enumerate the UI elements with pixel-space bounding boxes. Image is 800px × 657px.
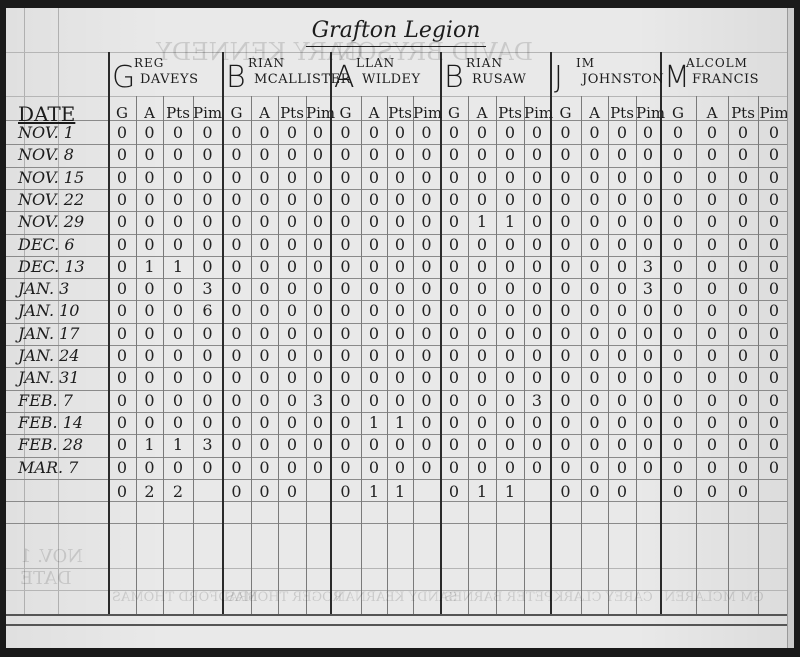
stat-cell: 1 — [163, 256, 193, 278]
stat-cell: 0 — [550, 256, 581, 278]
stat-cell: 0 — [387, 390, 413, 412]
stat-cell: 0 — [496, 323, 524, 345]
total-cell: 1 — [468, 481, 496, 503]
stat-cell: 0 — [468, 457, 496, 479]
stat-cell: 0 — [136, 390, 163, 412]
stat-cell: 0 — [758, 457, 790, 479]
stat-cell: 0 — [222, 234, 251, 256]
stat-cell: 0 — [468, 256, 496, 278]
player-last-name: WILDEY — [362, 72, 421, 87]
stat-cell: 0 — [581, 300, 608, 322]
stat-cell: 0 — [468, 300, 496, 322]
stat-cell: 0 — [330, 390, 361, 412]
page-bottom-edge — [6, 614, 794, 626]
stat-cell: 0 — [728, 234, 758, 256]
stat-cell: 0 — [163, 412, 193, 434]
stat-cell: 0 — [413, 434, 440, 456]
stat-cell: 0 — [660, 345, 696, 367]
stat-cell: 0 — [306, 122, 330, 144]
stat-cell: 1 — [361, 412, 387, 434]
stat-cell: 0 — [728, 256, 758, 278]
stat-cell: 0 — [758, 412, 790, 434]
total-cell — [306, 481, 330, 503]
stat-cell: 0 — [758, 367, 790, 389]
stat-cell: 0 — [136, 367, 163, 389]
stat-cell: 0 — [306, 434, 330, 456]
total-cell: 0 — [440, 481, 468, 503]
stat-cell: 0 — [728, 144, 758, 166]
stat-cell: 0 — [524, 300, 550, 322]
stat-cell: 0 — [163, 278, 193, 300]
stat-cell: 0 — [193, 390, 222, 412]
stat-cell: 0 — [413, 367, 440, 389]
stat-cell: 0 — [524, 144, 550, 166]
stat-cell: 0 — [660, 278, 696, 300]
stat-cell: 0 — [468, 367, 496, 389]
stat-cell: 0 — [581, 189, 608, 211]
total-cell: 0 — [251, 481, 278, 503]
player-first-name: ALCOLM — [686, 56, 748, 70]
stat-cell: 0 — [696, 234, 728, 256]
stat-cell: 0 — [524, 189, 550, 211]
stat-cell: 0 — [758, 300, 790, 322]
stat-cell: 0 — [581, 412, 608, 434]
stat-cell: 0 — [278, 278, 306, 300]
stat-cell: 0 — [108, 167, 136, 189]
game-date: NOV. 22 — [18, 189, 84, 211]
stat-cell: 0 — [387, 211, 413, 233]
stat-cell: 0 — [440, 167, 468, 189]
stat-cell: 0 — [193, 367, 222, 389]
stat-cell: 0 — [163, 122, 193, 144]
stat-cell: 0 — [330, 323, 361, 345]
stat-cell: 0 — [758, 122, 790, 144]
stat-cell: 0 — [306, 457, 330, 479]
stat-cell: 0 — [387, 256, 413, 278]
player-last-name: FRANCIS — [692, 72, 759, 87]
stat-cell: 1 — [136, 434, 163, 456]
stat-cell: 0 — [387, 144, 413, 166]
stat-cell: 0 — [108, 278, 136, 300]
total-cell: 0 — [330, 481, 361, 503]
stat-cell: 0 — [696, 278, 728, 300]
stat-cell: 0 — [524, 278, 550, 300]
stat-cell: 3 — [306, 390, 330, 412]
stat-cell: 0 — [608, 234, 636, 256]
stat-cell: 0 — [550, 345, 581, 367]
stat-cell: 0 — [222, 300, 251, 322]
stat-cell: 0 — [193, 457, 222, 479]
stat-cell: 0 — [251, 211, 278, 233]
stat-cell: 0 — [636, 300, 660, 322]
stat-cell: 0 — [193, 211, 222, 233]
stat-cell: 0 — [222, 189, 251, 211]
stat-cell: 0 — [660, 211, 696, 233]
total-cell — [193, 481, 222, 503]
stat-cell: 0 — [608, 434, 636, 456]
stat-cell: 0 — [251, 189, 278, 211]
stat-cell: 0 — [108, 211, 136, 233]
player-initial: G — [112, 60, 135, 95]
stat-cell: 0 — [361, 256, 387, 278]
stat-cell: 0 — [636, 412, 660, 434]
stat-cell: 0 — [222, 367, 251, 389]
stat-cell: 0 — [222, 434, 251, 456]
stat-cell: 0 — [581, 323, 608, 345]
stat-cell: 0 — [758, 167, 790, 189]
stat-cell: 0 — [330, 345, 361, 367]
stat-cell: 0 — [440, 256, 468, 278]
stat-cell: 0 — [660, 457, 696, 479]
stat-cell: 0 — [163, 189, 193, 211]
stat-cell: 0 — [413, 278, 440, 300]
stat-cell: 1 — [496, 211, 524, 233]
stat-cell: 0 — [608, 323, 636, 345]
stat-cell: 0 — [468, 434, 496, 456]
stat-cell: 0 — [660, 367, 696, 389]
binder-edge — [787, 8, 794, 648]
stat-cell: 0 — [636, 345, 660, 367]
game-date: NOV. 1 — [18, 122, 74, 144]
stat-cell: 0 — [660, 390, 696, 412]
stat-cell: 0 — [496, 367, 524, 389]
stat-cell: 0 — [636, 367, 660, 389]
stat-cell: 0 — [608, 211, 636, 233]
stat-cell: 0 — [440, 367, 468, 389]
stat-cell: 0 — [660, 412, 696, 434]
stat-cell: 0 — [440, 434, 468, 456]
stat-cell: 0 — [222, 167, 251, 189]
stat-cell: 0 — [636, 434, 660, 456]
stat-cell: 0 — [278, 323, 306, 345]
stat-cell: 0 — [330, 367, 361, 389]
stat-cell: 0 — [758, 390, 790, 412]
stat-cell: 0 — [136, 211, 163, 233]
stat-cell: 0 — [608, 167, 636, 189]
stat-cell: 0 — [387, 323, 413, 345]
stat-cell: 0 — [361, 167, 387, 189]
stat-cell: 0 — [728, 390, 758, 412]
stat-cell: 0 — [413, 144, 440, 166]
stat-cell: 0 — [387, 122, 413, 144]
stat-cell: 0 — [330, 211, 361, 233]
stat-cell: 0 — [136, 234, 163, 256]
stat-cell: 0 — [636, 211, 660, 233]
stat-cell: 0 — [696, 457, 728, 479]
stat-cell: 0 — [136, 189, 163, 211]
stat-cell: 0 — [306, 278, 330, 300]
game-date: MAR. 7 — [18, 457, 78, 479]
stat-cell: 0 — [330, 256, 361, 278]
total-cell: 0 — [660, 481, 696, 503]
stat-cell: 0 — [330, 167, 361, 189]
stat-cell: 0 — [608, 144, 636, 166]
stat-cell: 0 — [608, 457, 636, 479]
stat-cell: 0 — [636, 189, 660, 211]
stat-cell: 0 — [163, 457, 193, 479]
stat-cell: 0 — [440, 457, 468, 479]
stat-cell: 0 — [136, 278, 163, 300]
stat-cell: 1 — [468, 211, 496, 233]
stat-cell: 0 — [758, 234, 790, 256]
stat-cell: 0 — [413, 345, 440, 367]
stat-cell: 0 — [278, 234, 306, 256]
stat-cell: 0 — [306, 234, 330, 256]
stat-cell: 0 — [696, 122, 728, 144]
stat-cell: 0 — [222, 412, 251, 434]
game-date: FEB. 7 — [18, 390, 73, 412]
stat-cell: 0 — [361, 300, 387, 322]
stat-cell: 0 — [278, 167, 306, 189]
stat-cell: 0 — [306, 144, 330, 166]
stat-cell: 0 — [278, 122, 306, 144]
stat-cell: 0 — [496, 278, 524, 300]
stat-cell: 0 — [728, 167, 758, 189]
stat-cell: 0 — [361, 323, 387, 345]
stat-cell: 0 — [696, 211, 728, 233]
game-date: NOV. 29 — [18, 211, 84, 233]
stat-cell: 0 — [696, 189, 728, 211]
stat-cell: 0 — [524, 412, 550, 434]
stat-cell: 0 — [193, 144, 222, 166]
stat-cell: 0 — [108, 144, 136, 166]
stat-cell: 0 — [660, 300, 696, 322]
stat-cell: 0 — [330, 189, 361, 211]
stat-cell: 0 — [108, 323, 136, 345]
stat-cell: 0 — [440, 122, 468, 144]
stat-cell: 0 — [193, 234, 222, 256]
stat-cell: 0 — [550, 412, 581, 434]
stat-cell: 0 — [581, 278, 608, 300]
total-cell: 0 — [108, 481, 136, 503]
stat-cell: 0 — [660, 167, 696, 189]
game-date: JAN. 24 — [18, 345, 79, 367]
stat-cell: 0 — [361, 434, 387, 456]
stat-cell: 0 — [361, 457, 387, 479]
stat-cell: 0 — [696, 167, 728, 189]
stat-cell: 0 — [413, 189, 440, 211]
stat-cell: 0 — [222, 457, 251, 479]
stat-cell: 0 — [636, 122, 660, 144]
stat-cell: 0 — [251, 256, 278, 278]
stat-cell: 0 — [108, 412, 136, 434]
stat-cell: 0 — [758, 434, 790, 456]
stat-cell: 1 — [163, 434, 193, 456]
stat-cell: 0 — [496, 412, 524, 434]
stat-cell: 0 — [581, 434, 608, 456]
stat-cell: 0 — [496, 167, 524, 189]
total-cell: 0 — [581, 481, 608, 503]
total-cell: 1 — [496, 481, 524, 503]
stat-cell: 0 — [222, 256, 251, 278]
stat-cell: 0 — [387, 457, 413, 479]
stat-cell: 0 — [758, 256, 790, 278]
bleed-through-name: GM MCLAREN — [664, 590, 764, 605]
player-header: BRIANRUSAW — [442, 56, 548, 100]
stat-cell: 3 — [636, 256, 660, 278]
stat-cell: 0 — [278, 434, 306, 456]
stat-cell: 1 — [136, 256, 163, 278]
stat-cell: 0 — [728, 457, 758, 479]
game-date: DEC. 13 — [18, 256, 85, 278]
stat-cell: 0 — [758, 211, 790, 233]
stat-cell: 0 — [468, 144, 496, 166]
stat-cell: 0 — [251, 122, 278, 144]
stat-cell: 0 — [108, 390, 136, 412]
stat-cell: 0 — [136, 457, 163, 479]
stat-cell: 0 — [550, 122, 581, 144]
stat-cell: 0 — [440, 412, 468, 434]
stat-cell: 0 — [496, 434, 524, 456]
stat-cell: 0 — [550, 390, 581, 412]
stat-cell: 0 — [108, 457, 136, 479]
stat-cell: 0 — [696, 300, 728, 322]
stat-cell: 0 — [330, 234, 361, 256]
stat-cell: 0 — [413, 211, 440, 233]
stat-cell: 0 — [330, 434, 361, 456]
stat-cell: 0 — [108, 189, 136, 211]
stat-cell: 0 — [660, 434, 696, 456]
stat-cell: 0 — [387, 300, 413, 322]
stat-cell: 0 — [696, 367, 728, 389]
stat-cell: 0 — [468, 167, 496, 189]
stat-cell: 0 — [728, 300, 758, 322]
stat-cell: 0 — [728, 323, 758, 345]
stat-cell: 0 — [524, 367, 550, 389]
stat-cell: 0 — [193, 189, 222, 211]
stat-cell: 0 — [163, 211, 193, 233]
stat-cell: 0 — [581, 144, 608, 166]
stat-cell: 0 — [413, 457, 440, 479]
total-cell — [636, 481, 660, 503]
stat-cell: 0 — [696, 345, 728, 367]
stat-cell: 0 — [193, 122, 222, 144]
stat-cell: 0 — [468, 345, 496, 367]
bleed-through-text: NOV. 1 — [20, 546, 83, 567]
stat-cell: 0 — [608, 189, 636, 211]
stat-cell: 0 — [387, 167, 413, 189]
stat-cell: 0 — [251, 300, 278, 322]
stat-cell: 0 — [550, 234, 581, 256]
player-first-name: RIAN — [248, 56, 285, 70]
stat-cell: 0 — [660, 122, 696, 144]
stat-cell: 0 — [163, 390, 193, 412]
stat-cell: 0 — [108, 256, 136, 278]
bleed-through-name: ROGER THOMAS — [226, 590, 343, 605]
stat-cell: 0 — [550, 367, 581, 389]
stat-cell: 3 — [636, 278, 660, 300]
total-cell: 2 — [136, 481, 163, 503]
stat-cell: 0 — [413, 390, 440, 412]
stat-cell: 0 — [330, 457, 361, 479]
stat-cell: 0 — [581, 167, 608, 189]
total-cell — [758, 481, 790, 503]
stat-cell: 0 — [636, 167, 660, 189]
stat-cell: 0 — [108, 367, 136, 389]
stat-cell: 0 — [306, 167, 330, 189]
stat-cell: 0 — [413, 122, 440, 144]
stat-cell: 0 — [251, 144, 278, 166]
stat-cell: 0 — [306, 300, 330, 322]
stat-cell: 0 — [496, 122, 524, 144]
scoresheet-page: Grafton Legion DAVID BRYSON GARY KENNEDY… — [6, 8, 794, 648]
stat-cell: 0 — [581, 457, 608, 479]
stat-cell: 0 — [440, 390, 468, 412]
stat-cell: 0 — [108, 434, 136, 456]
stat-cell: 0 — [306, 412, 330, 434]
stat-cell: 0 — [550, 300, 581, 322]
stat-cell: 0 — [278, 412, 306, 434]
stat-cell: 0 — [728, 412, 758, 434]
stat-cell: 0 — [136, 323, 163, 345]
stat-cell: 0 — [251, 323, 278, 345]
stat-cell: 0 — [608, 122, 636, 144]
stat-cell: 0 — [163, 367, 193, 389]
stat-cell: 0 — [696, 144, 728, 166]
stat-cell: 0 — [524, 345, 550, 367]
stat-cell: 0 — [361, 211, 387, 233]
player-last-name: RUSAW — [472, 72, 526, 87]
total-cell — [524, 481, 550, 503]
stat-cell: 0 — [440, 345, 468, 367]
total-cell — [413, 481, 440, 503]
player-header: GREGDAVEYS — [110, 56, 220, 100]
stat-cell: 0 — [413, 256, 440, 278]
stat-cell: 3 — [524, 390, 550, 412]
stat-cell: 0 — [660, 256, 696, 278]
stat-cell: 0 — [524, 457, 550, 479]
stat-cell: 0 — [163, 345, 193, 367]
stat-cell: 0 — [361, 390, 387, 412]
stat-cell: 0 — [696, 434, 728, 456]
stat-cell: 0 — [468, 412, 496, 434]
stat-cell: 0 — [108, 300, 136, 322]
stat-cell: 0 — [306, 345, 330, 367]
stat-cell: 0 — [163, 234, 193, 256]
stat-cell: 0 — [608, 367, 636, 389]
stat-cell: 0 — [608, 390, 636, 412]
stat-cell: 0 — [524, 167, 550, 189]
stat-cell: 0 — [440, 211, 468, 233]
game-date: JAN. 31 — [18, 367, 79, 389]
game-date: JAN. 3 — [18, 278, 69, 300]
player-first-name: IM — [576, 56, 595, 70]
stat-cell: 0 — [136, 345, 163, 367]
stat-cell: 0 — [728, 122, 758, 144]
stat-cell: 0 — [361, 144, 387, 166]
stat-cell: 0 — [278, 144, 306, 166]
stat-cell: 0 — [636, 457, 660, 479]
player-last-name: JOHNSTON — [582, 72, 664, 87]
stat-cell: 0 — [251, 345, 278, 367]
stat-cell: 0 — [496, 457, 524, 479]
stat-cell: 0 — [193, 167, 222, 189]
stat-cell: 0 — [696, 390, 728, 412]
stat-cell: 0 — [496, 256, 524, 278]
stat-cell: 0 — [496, 144, 524, 166]
stat-cell: 0 — [387, 367, 413, 389]
stat-cell: 0 — [278, 390, 306, 412]
stat-cell: 0 — [468, 323, 496, 345]
game-date: NOV. 8 — [18, 144, 74, 166]
stat-cell: 0 — [330, 122, 361, 144]
stat-cell: 0 — [550, 434, 581, 456]
stat-cell: 0 — [550, 167, 581, 189]
stat-cell: 1 — [387, 412, 413, 434]
stat-cell: 0 — [440, 300, 468, 322]
stat-cell: 0 — [193, 345, 222, 367]
stat-cell: 0 — [468, 234, 496, 256]
